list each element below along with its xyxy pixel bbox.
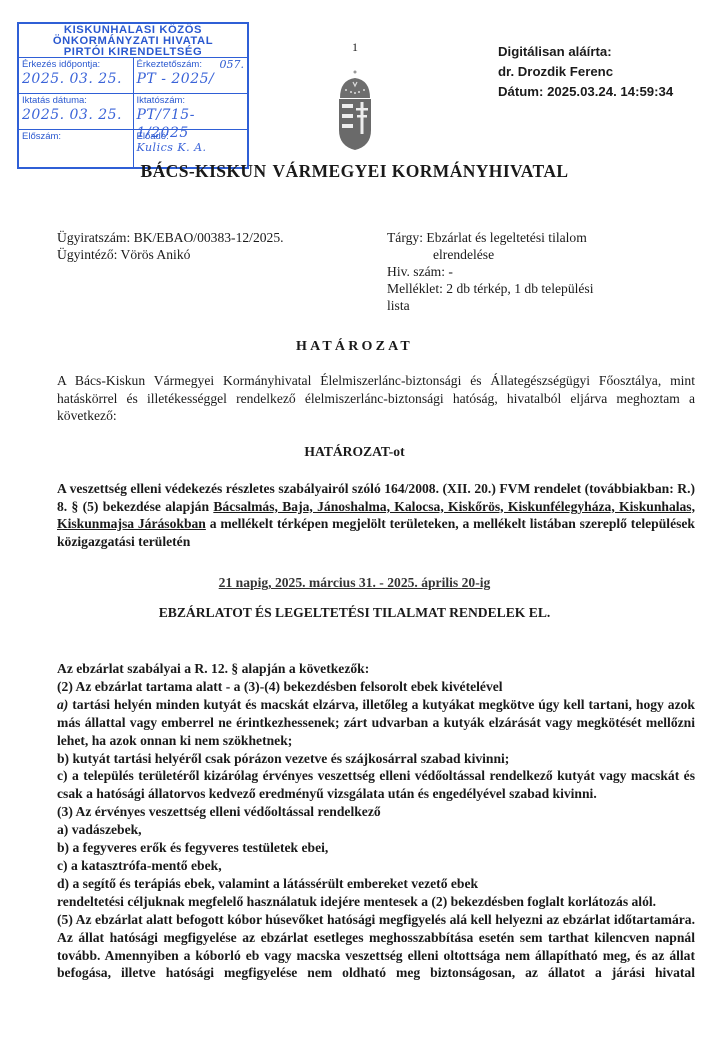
attachments: Melléklet: 2 db térkép, 1 db települési [387,280,687,297]
stamp-label: Iktatószám: [137,95,245,106]
page-number: 1 [352,40,358,55]
stamp-handwritten-value: 2025. 03. 25. [22,106,130,124]
rule-text: tartási helyén minden kutyát és macskát … [57,697,695,748]
stamp-handwritten-extra: 057. [220,58,245,71]
rule-item: c) a katasztrófa-mentő ebek, [57,857,695,875]
signature-date: Dátum: 2025.03.24. 14:59:34 [498,82,673,102]
registration-stamp: KISKUNHALASI KÖZÖS ÖNKORMÁNYZATI HIVATAL… [17,22,249,169]
reference-number: Hiv. szám: - [387,263,687,280]
case-number: Ügyiratszám: BK/EBAO/00383-12/2025. [57,229,284,246]
rule-paragraph: (2) Az ebzárlat tartama alatt - a (3)-(4… [57,678,695,696]
stamp-cell-registration-date: Iktatás dátuma: 2025. 03. 25. [19,94,133,129]
case-administrator: Ügyintéző: Vörös Anikó [57,246,284,263]
document-heading: HATÁROZAT [0,339,709,355]
digital-signature: Digitálisan aláírta: dr. Drozdik Ferenc … [498,42,673,102]
rules-title: Az ebzárlat szabályai a R. 12. § alapján… [57,660,695,678]
stamp-cell-registration-number: Iktatószám: PT/715-1/2025 [133,94,248,129]
stamp-label: Előszám: [22,131,130,142]
rule-paragraph: c) a település területéről kizárólag érv… [57,767,695,803]
organization-title: BÁCS-KISKUNVÁRMEGYEI KORMÁNYHIVATAL [0,161,709,182]
rule-paragraph: (3) Az érvényes veszettség elleni védőol… [57,803,695,821]
stamp-handwritten-value: 2025. 03. 25. [22,70,130,88]
rule-item: b) a fegyveres erők és fegyveres testüle… [57,839,695,857]
case-meta-left: Ügyiratszám: BK/EBAO/00383-12/2025. Ügyi… [57,229,284,263]
stamp-label: Érkezés időpontja: [22,59,130,70]
decision-heading: HATÁROZAT-ot [0,444,709,460]
signature-label: Digitálisan aláírta: [498,42,673,62]
stamp-header: KISKUNHALASI KÖZÖS ÖNKORMÁNYZATI HIVATAL… [19,24,247,58]
signature-name: dr. Drozdik Ferenc [498,62,673,82]
rule-paragraph: rendeltetési céljuknak megfelelő használ… [57,893,695,911]
rule-label: a) [57,697,68,712]
stamp-cell-arrival-date: Érkezés időpontja: 2025. 03. 25. [19,58,133,93]
case-subject: Tárgy: Ebzárlat és legeltetési tilalom [387,229,687,246]
rule-item: d) a segítő és terápiás ebek, valamint a… [57,875,695,893]
rules-section: Az ebzárlat szabályai a R. 12. § alapján… [57,660,695,982]
intro-paragraph: A Bács-Kiskun Vármegyei Kormányhivatal É… [57,372,695,425]
rule-item: a) vadászebek, [57,821,695,839]
main-paragraph: A veszettség elleni védekezés részletes … [57,480,695,550]
stamp-handwritten-value: PT - 2025/ [137,70,245,88]
stamp-label: Iktatás dátuma: [22,95,130,106]
rule-paragraph: b) kutyát tartási helyéről csak pórázon … [57,750,695,768]
coat-of-arms-icon [334,68,376,152]
stamp-cell-arrival-number: Érkeztetőszám: 057. PT - 2025/ [133,58,248,93]
period-line: 21 napig, 2025. március 31. - 2025. ápri… [0,575,709,591]
stamp-handwritten-value: Kulics K. A. [137,142,245,154]
stamp-header-line: PIRTÓI KIRENDELTSÉG [19,47,247,58]
rule-paragraph: a) tartási helyén minden kutyát és macsk… [57,696,695,750]
org-title-part: BÁCS-KISKUN [141,161,267,181]
stamp-row-arrival: Érkezés időpontja: 2025. 03. 25. Érkezte… [19,58,247,94]
attachments-cont: lista [387,297,687,314]
stamp-row-registration: Iktatás dátuma: 2025. 03. 25. Iktatószám… [19,94,247,130]
case-meta-right: Tárgy: Ebzárlat és legeltetési tilalom e… [387,229,687,314]
decision-line: EBZÁRLATOT ÉS LEGELTETÉSI TILALMAT RENDE… [0,605,709,621]
rule-paragraph: (5) Az ebzárlat alatt befogott kóbor hús… [57,911,695,983]
org-title-part: VÁRMEGYEI KORMÁNYHIVATAL [273,161,569,181]
case-subject-cont: elrendelése [387,246,687,263]
